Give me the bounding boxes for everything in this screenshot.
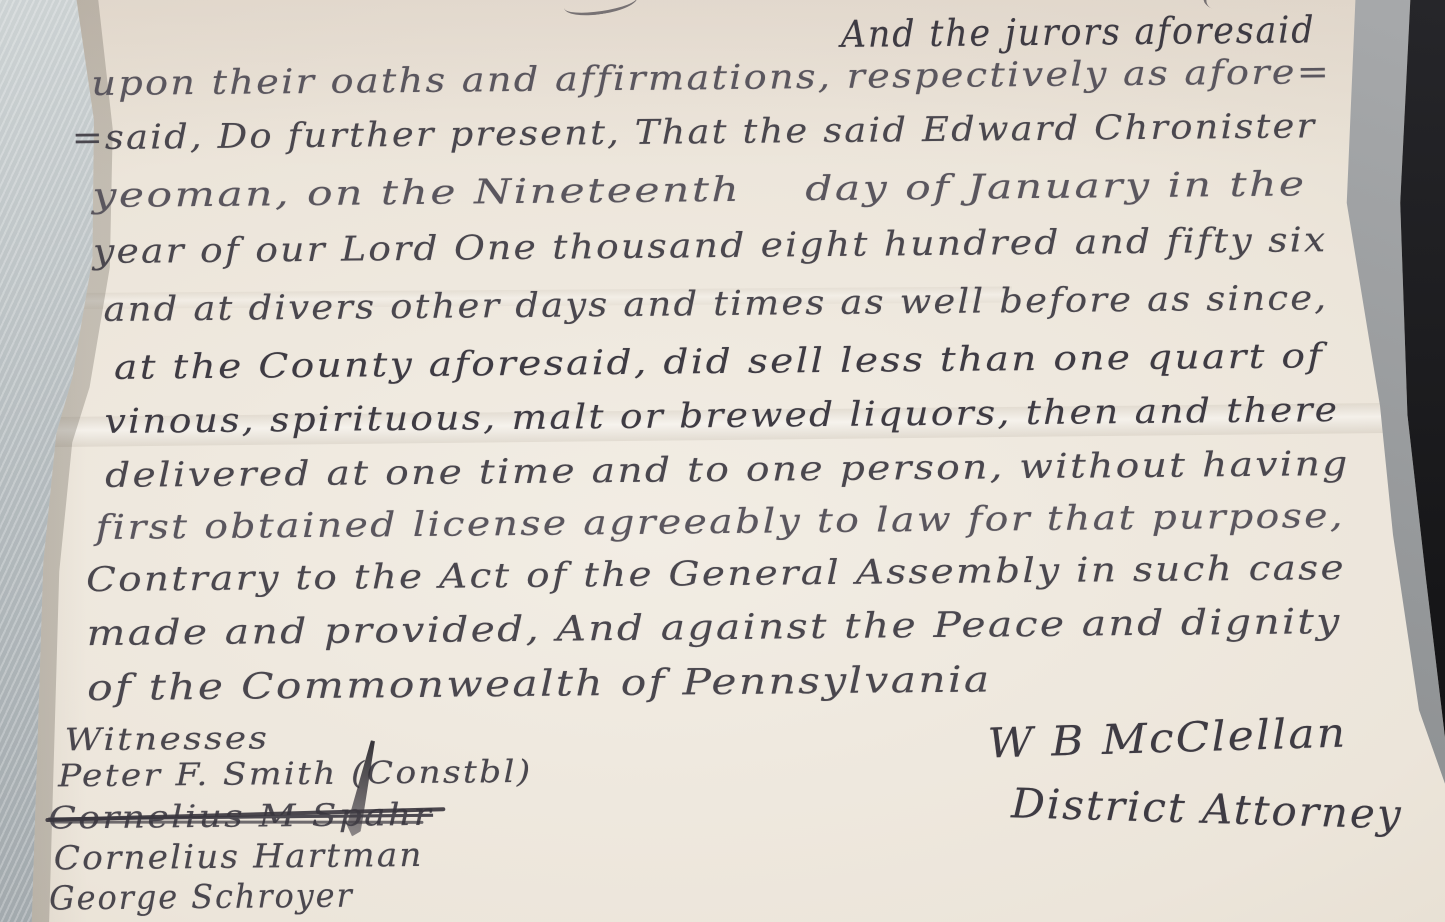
document-line: delivered at one time and to one person,… bbox=[105, 444, 1350, 496]
document-line: Contrary to the Act of the General Assem… bbox=[86, 548, 1346, 600]
handwriting-layer: And the jurors aforesaid upon their oath… bbox=[0, 0, 1445, 922]
document-line: at the County aforesaid, did sell less t… bbox=[114, 336, 1324, 388]
photo-of-handwritten-document: And the jurors aforesaid upon their oath… bbox=[0, 0, 1445, 922]
stray-ink-mark bbox=[562, 0, 639, 20]
document-line: and at divers other days and times as we… bbox=[103, 278, 1328, 330]
strikethrough-mark bbox=[53, 821, 423, 824]
signature-name: W B McClellan bbox=[987, 708, 1348, 767]
document-line: year of our Lord One thousand eight hund… bbox=[93, 220, 1328, 272]
witness-entry: Peter F. Smith (Constbl) bbox=[58, 754, 533, 795]
document-line: made and provided, And against the Peace… bbox=[86, 602, 1341, 654]
witness-entry: Cornelius Hartman bbox=[54, 835, 424, 878]
document-line: yeoman, on the Nineteenth day of January… bbox=[92, 164, 1307, 216]
document-line: vinous, spirituous, malt or brewed liquo… bbox=[104, 390, 1339, 442]
witnesses-heading: Witnesses bbox=[64, 720, 269, 758]
witness-entry: George Schroyer bbox=[49, 876, 354, 918]
document-line: upon their oaths and affirmations, respe… bbox=[91, 52, 1331, 104]
document-line: first obtained license agreeably to law … bbox=[95, 496, 1344, 548]
signature-title: District Attorney bbox=[1011, 779, 1404, 838]
document-line: And the jurors aforesaid bbox=[841, 8, 1316, 56]
document-line: of the Commonwealth of Pennsylvania bbox=[87, 659, 992, 709]
document-line: =said, Do further present, That the said… bbox=[72, 106, 1317, 158]
